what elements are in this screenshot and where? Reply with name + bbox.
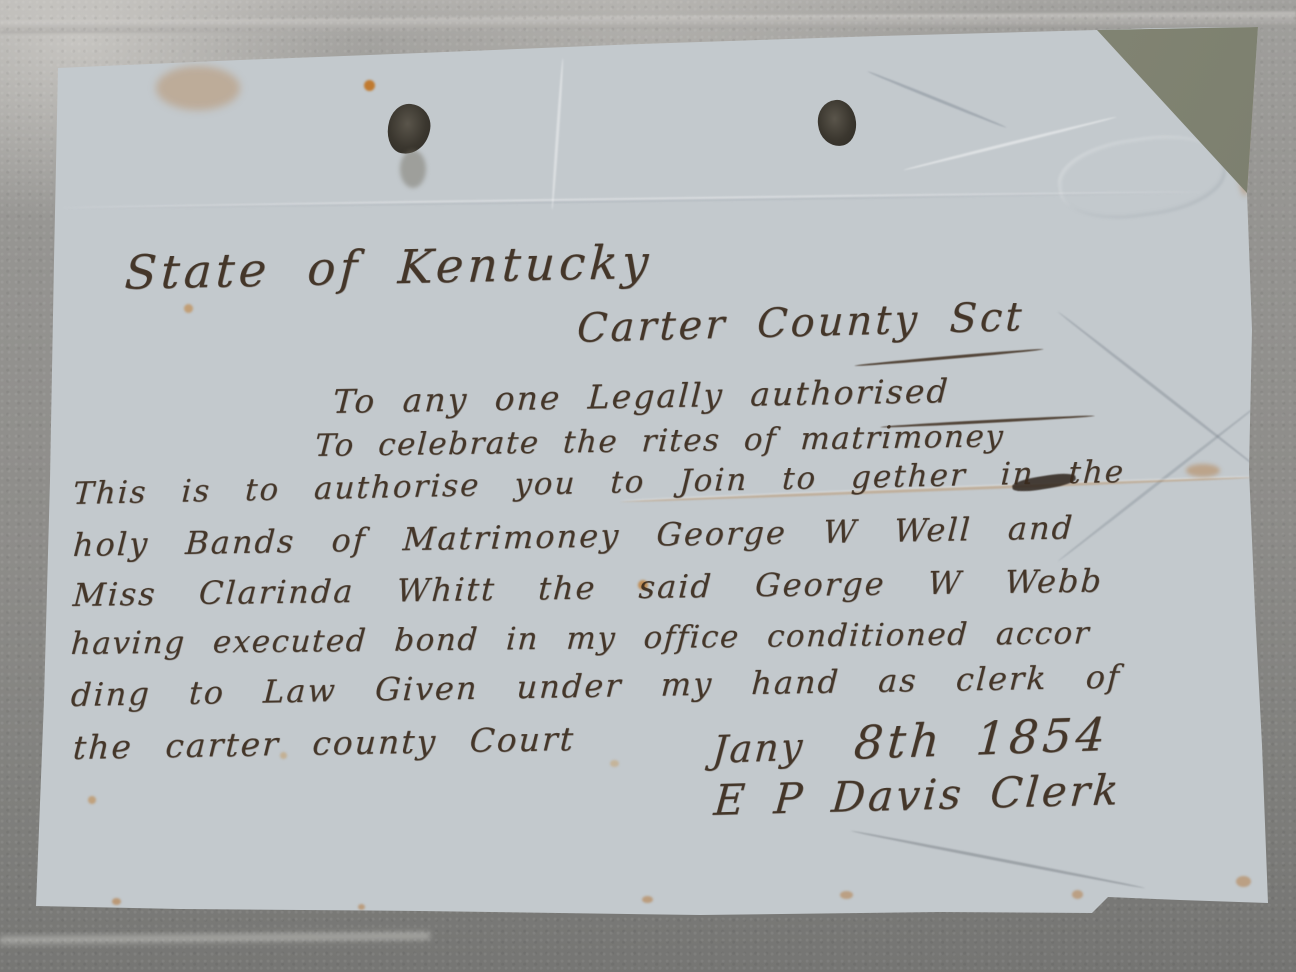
handwritten-line-state: State of Kentucky (123, 235, 653, 301)
handwritten-line-body4: having executed bond in my office condit… (70, 615, 1091, 662)
underline-sct (854, 348, 1044, 368)
handwritten-date-day-year: 8th 1854 (852, 707, 1111, 770)
leather-bottom-highlight (0, 932, 430, 945)
stain-dot-1 (364, 80, 375, 91)
stain-bottom-1 (112, 898, 121, 905)
handwritten-signature: E P Davis Clerk (712, 765, 1123, 825)
stain-bottom-5 (1072, 890, 1083, 899)
handwritten-line-body6: the carter county Court (72, 719, 576, 767)
stain-bottom-4 (840, 891, 853, 899)
crease-top-vertical (551, 58, 565, 210)
handwritten-line-body2: holy Bands of Matrimoney George W Well a… (72, 509, 1075, 565)
photo-background: State of Kentucky Carter County Sct To a… (0, 0, 1296, 972)
stain-bottom-6 (1236, 876, 1251, 887)
punch-hole-right (816, 98, 859, 148)
handwritten-date-month: Jany (711, 725, 806, 772)
handwritten-line-body1: This is to authorise you to Join to geth… (72, 454, 1126, 512)
handwritten-line-address2: To celebrate the rites of matrimoney (314, 418, 1005, 464)
crease-bottom-right (850, 829, 1145, 889)
stain-crease-rust (1186, 464, 1220, 477)
stain-bottom-3 (642, 896, 653, 903)
crease-top-horizontal (62, 190, 1202, 210)
document-paper: State of Kentucky Carter County Sct To a… (0, 0, 1296, 972)
handwritten-line-address1: To any one Legally authorised (332, 371, 951, 421)
crease-x-1 (1057, 310, 1264, 472)
crease-hole-right-1 (867, 70, 1007, 129)
handwritten-line-county: Carter County Sct (576, 294, 1025, 352)
stain-top-left-corner (156, 66, 240, 110)
punch-hole-left-smudge (400, 150, 426, 188)
stain-dot-6 (610, 760, 619, 767)
punch-hole-left (385, 101, 434, 156)
handwritten-line-body3: Miss Clarinda Whitt the said George W We… (72, 562, 1104, 614)
stain-dot-4 (88, 796, 96, 804)
stain-dot-2 (184, 304, 193, 313)
stain-bottom-2 (358, 904, 365, 910)
handwritten-line-body5: ding to Law Given under my hand as clerk… (70, 658, 1122, 714)
